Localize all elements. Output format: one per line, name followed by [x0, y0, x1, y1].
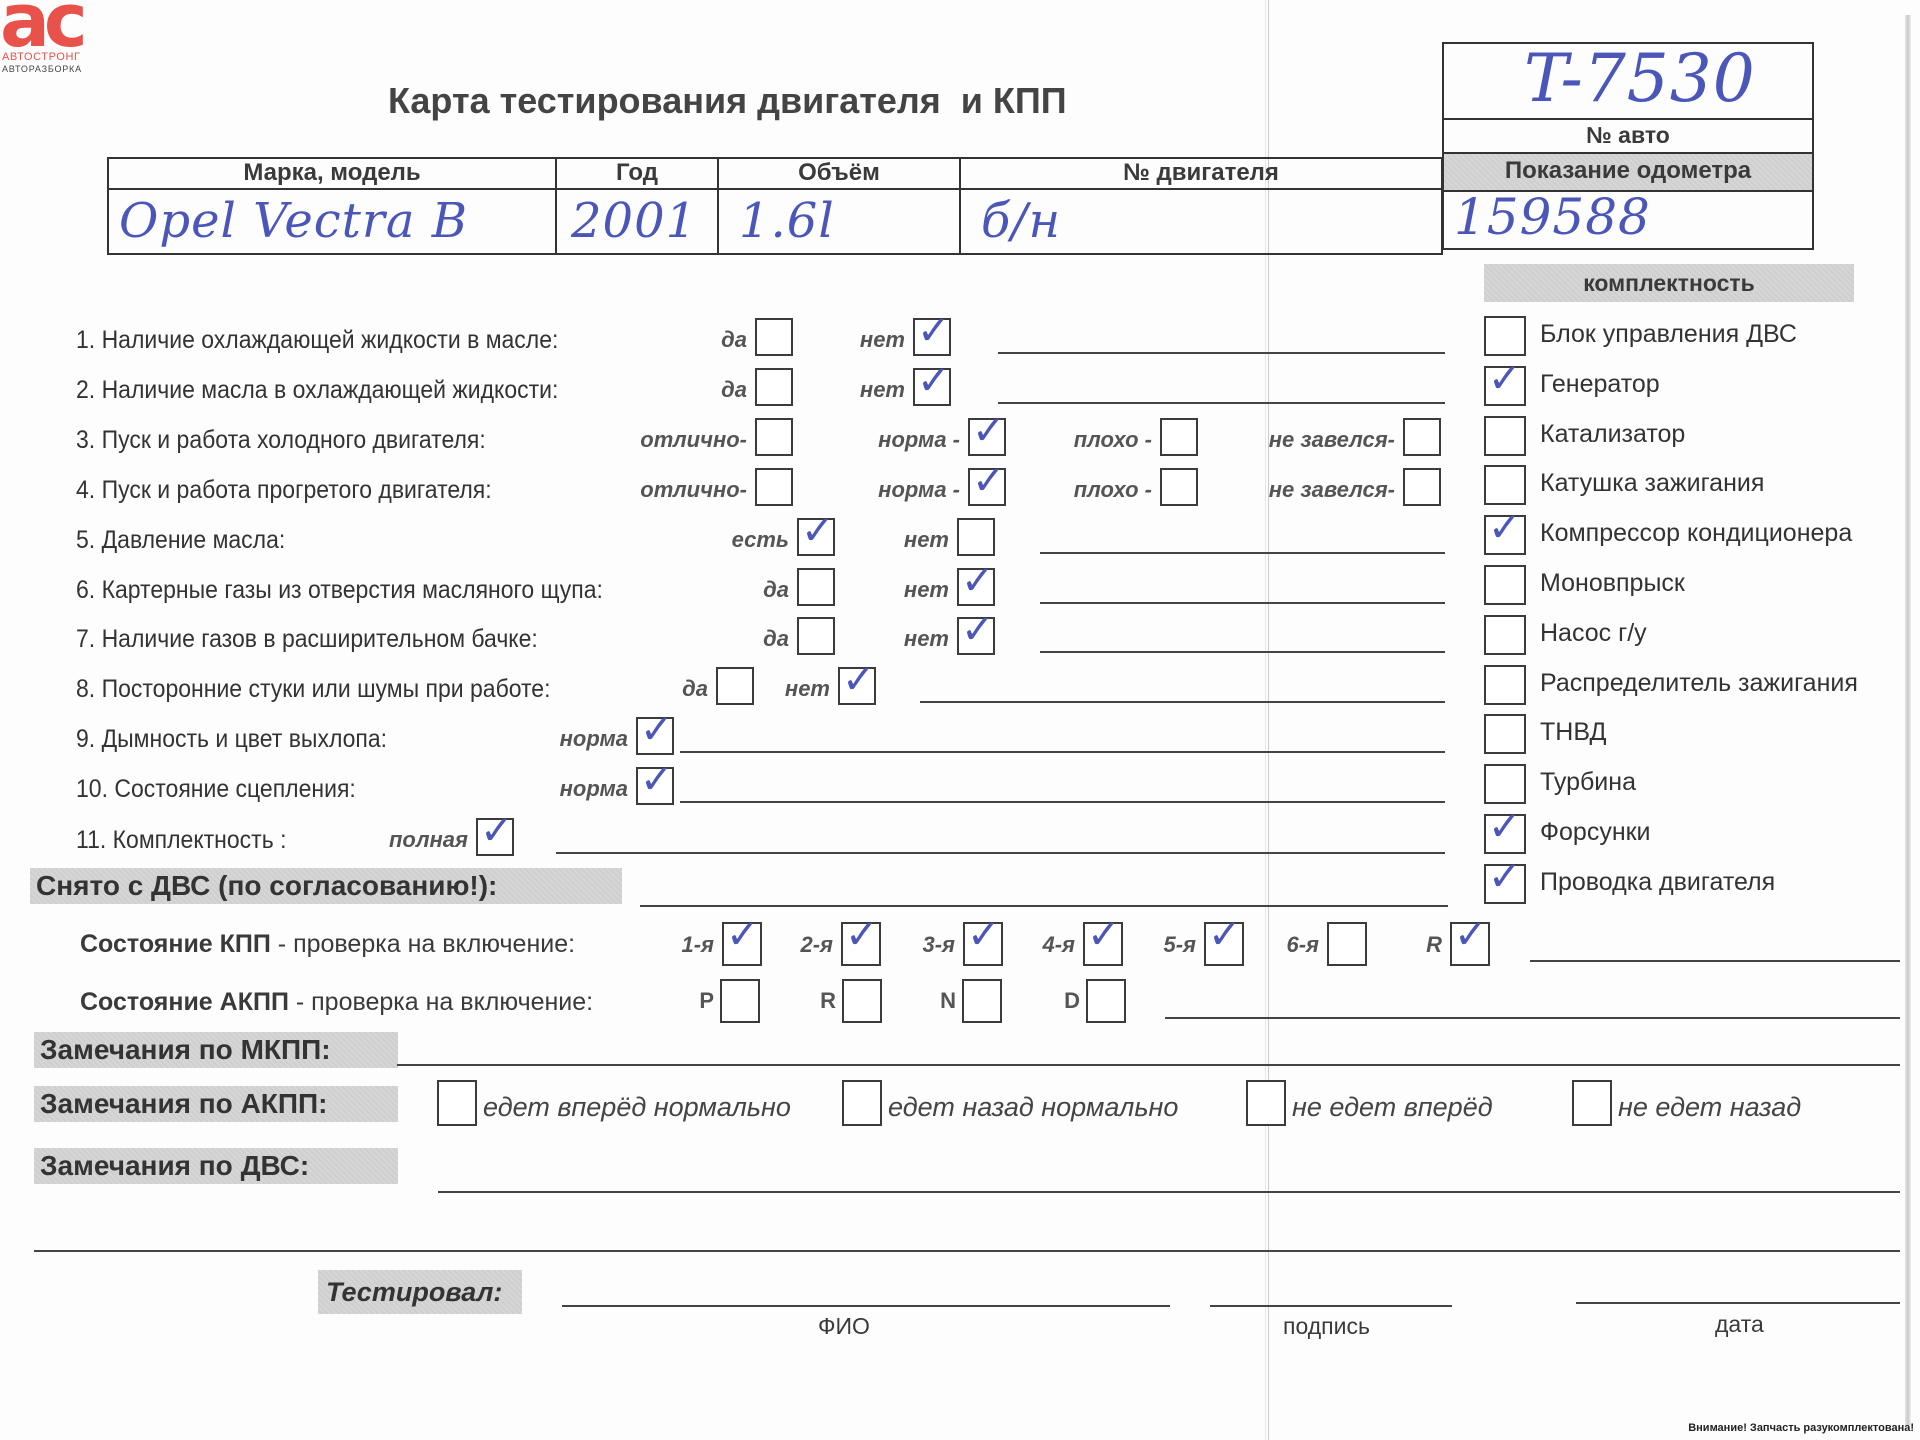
gear-label: 6-я — [1247, 932, 1319, 958]
kit-item-label: Блок управления ДВС — [1540, 320, 1797, 349]
engine-number-value[interactable]: б/н — [960, 189, 1442, 254]
option-label: норма - — [750, 477, 960, 503]
checkbox-checked[interactable] — [957, 617, 995, 655]
checklist-item-label: 4. Пуск и работа прогретого двигателя: — [76, 476, 492, 505]
column-header-year: Год — [556, 158, 718, 189]
kit-checkbox[interactable] — [1484, 764, 1526, 804]
option-label: не завелся- — [1185, 427, 1395, 453]
option-label: нет — [739, 527, 949, 553]
logo: ac АВТОСТРОНГ АВТОРАЗБОРКА — [0, 0, 110, 75]
remarks-manual-line[interactable] — [397, 1064, 1900, 1066]
vehicle-box: T-7530 № авто Показание одометра 159588 — [1442, 42, 1814, 250]
volume-value[interactable]: 1.6l — [718, 189, 960, 254]
kit-item-label: Катализатор — [1540, 420, 1685, 449]
vehicle-info-table: Марка, модель Год Объём № двигателя Opel… — [107, 157, 1443, 255]
note-line[interactable] — [1040, 651, 1445, 653]
checkbox-checked[interactable] — [913, 318, 951, 356]
kit-checkbox[interactable] — [1484, 465, 1526, 505]
auto-position-checkbox[interactable] — [842, 979, 882, 1023]
signature-caption: подпись — [1283, 1313, 1370, 1340]
odometer-header: Показание одометра — [1444, 152, 1812, 192]
checklist-item-label: 6. Картерные газы из отверстия масляного… — [76, 576, 603, 605]
checklist-item-label: 8. Посторонние стуки или шумы при работе… — [76, 675, 550, 704]
option-label: норма — [418, 726, 628, 752]
option-label: нет — [739, 577, 949, 603]
option-label: плохо - — [942, 477, 1152, 503]
column-header-model: Марка, модель — [108, 158, 556, 189]
note-line[interactable] — [1040, 552, 1445, 554]
logo-brand: АВТОСТРОНГ — [2, 51, 81, 63]
remarks-engine-label: Замечания по ДВС: — [34, 1148, 398, 1184]
auto-remark-checkbox[interactable] — [1572, 1080, 1612, 1126]
option-label: полная — [258, 827, 468, 853]
tested-by-label: Тестировал: — [318, 1270, 522, 1314]
manual-gearbox-note-line[interactable] — [1530, 960, 1900, 962]
date-line[interactable] — [1576, 1302, 1900, 1304]
gear-checkbox[interactable] — [1083, 922, 1123, 966]
kit-checkbox[interactable] — [1484, 814, 1526, 854]
auto-remark-checkbox[interactable] — [437, 1080, 477, 1126]
gear-label: 3-я — [883, 932, 955, 958]
note-line[interactable] — [998, 352, 1445, 354]
checkbox-checked[interactable] — [913, 368, 951, 406]
checklist-item-label: 11. Комплектность : — [76, 826, 286, 855]
signature-line[interactable] — [1210, 1305, 1452, 1307]
gear-checkbox[interactable] — [1204, 922, 1244, 966]
page-title: Карта тестирования двигателя и КПП — [388, 80, 1067, 122]
option-label: отлично- — [537, 477, 747, 503]
remarks-engine-line[interactable] — [438, 1191, 1900, 1193]
kit-checkbox[interactable] — [1484, 615, 1526, 655]
note-line[interactable] — [1040, 602, 1445, 604]
option-label: не завелся- — [1185, 477, 1395, 503]
auto-gearbox-label: Состояние АКПП — [80, 988, 289, 1016]
auto-remark-checkbox[interactable] — [1246, 1080, 1286, 1126]
auto-remark-checkbox[interactable] — [842, 1080, 882, 1126]
gear-label: 5-я — [1124, 932, 1196, 958]
auto-gearbox-note-line[interactable] — [1165, 1017, 1900, 1019]
checkbox-checked[interactable] — [476, 818, 514, 856]
checkbox-unchecked[interactable] — [1403, 468, 1441, 506]
auto-position-label: N — [902, 988, 956, 1014]
auto-remark-label: едет вперёд нормально — [483, 1092, 791, 1123]
note-line[interactable] — [998, 402, 1445, 404]
kit-checkbox[interactable] — [1484, 665, 1526, 705]
kit-checkbox[interactable] — [1484, 316, 1526, 356]
gear-label: 2-я — [761, 932, 833, 958]
remarks-manual-label: Замечания по МКПП: — [34, 1032, 398, 1068]
gear-checkbox[interactable] — [722, 922, 762, 966]
vehicle-number-value[interactable]: T-7530 — [1524, 40, 1756, 117]
checkbox-checked[interactable] — [957, 568, 995, 606]
odometer-label: Показание одометра — [1444, 154, 1812, 188]
auto-position-label: P — [660, 988, 714, 1014]
option-label: норма - — [750, 427, 960, 453]
manual-gearbox-label-rest: - проверка на включение: — [271, 930, 575, 958]
odometer-value[interactable]: 159588 — [1454, 188, 1651, 246]
option-label: нет — [620, 676, 830, 702]
kit-item-label: Насос г/у — [1540, 619, 1647, 648]
removed-section-label: Снято с ДВС (по согласованию!): — [30, 868, 622, 904]
auto-position-checkbox[interactable] — [720, 979, 760, 1023]
note-line[interactable] — [680, 751, 1445, 753]
kit-item-label: Катушка зажигания — [1540, 469, 1764, 498]
option-label: нет — [739, 626, 949, 652]
checkbox-unchecked[interactable] — [1403, 418, 1441, 456]
kit-checkbox[interactable] — [1484, 366, 1526, 406]
auto-position-checkbox[interactable] — [962, 979, 1002, 1023]
kit-title: комплектность — [1484, 264, 1854, 302]
gear-label: 1-я — [642, 932, 714, 958]
option-label: норма — [418, 776, 628, 802]
date-caption: дата — [1715, 1311, 1764, 1338]
auto-remark-label: не едет вперёд — [1292, 1092, 1493, 1123]
kit-checkbox[interactable] — [1484, 864, 1526, 904]
kit-item-label: Форсунки — [1540, 818, 1651, 847]
checkbox-checked[interactable] — [636, 767, 674, 805]
auto-position-label: D — [1026, 988, 1080, 1014]
page-edge — [1905, 15, 1911, 1425]
option-label: нет — [695, 377, 905, 403]
checklist-item-label: 2. Наличие масла в охлаждающей жидкости: — [76, 376, 558, 405]
kit-item-label: Моновпрыск — [1540, 569, 1685, 598]
fio-caption: ФИО — [818, 1313, 870, 1340]
model-value[interactable]: Opel Vectra B — [108, 189, 556, 254]
kit-item-label: Генератор — [1540, 370, 1660, 399]
logo-subtitle: АВТОРАЗБОРКА — [2, 64, 82, 74]
checklist-item-label: 7. Наличие газов в расширительном бачке: — [76, 625, 538, 654]
year-value[interactable]: 2001 — [556, 189, 718, 254]
option-label: нет — [695, 327, 905, 353]
option-label: отлично- — [537, 427, 747, 453]
option-label: плохо - — [942, 427, 1152, 453]
kit-checkbox[interactable] — [1484, 714, 1526, 754]
kit-checkbox[interactable] — [1484, 565, 1526, 605]
kit-item-label: Турбина — [1540, 768, 1636, 797]
tested-by-label-bg: Тестировал: — [318, 1270, 522, 1314]
checklist-item-label: 10. Состояние сцепления: — [76, 775, 356, 804]
checklist-item-label: 3. Пуск и работа холодного двигателя: — [76, 426, 486, 455]
kit-checkbox[interactable] — [1484, 416, 1526, 456]
kit-checkbox[interactable] — [1484, 515, 1526, 555]
auto-remark-label: едет назад нормально — [888, 1092, 1178, 1123]
gear-checkbox[interactable] — [841, 922, 881, 966]
gear-checkbox[interactable] — [963, 922, 1003, 966]
auto-remark-label: не едет назад — [1618, 1092, 1801, 1123]
gear-label: 4-я — [1003, 932, 1075, 958]
remarks-engine-line-2[interactable] — [34, 1250, 1900, 1252]
checkbox-unchecked[interactable] — [957, 518, 995, 556]
divider — [1444, 118, 1812, 120]
checkbox-checked[interactable] — [636, 717, 674, 755]
checkbox-checked[interactable] — [838, 667, 876, 705]
kit-header: комплектность — [1484, 264, 1854, 302]
auto-position-label: R — [782, 988, 836, 1014]
auto-gearbox-row: Состояние АКПП - проверка на включение: — [80, 988, 593, 1017]
remarks-auto-label: Замечания по АКПП: — [34, 1086, 398, 1122]
kit-item-label: Компрессор кондиционера — [1540, 519, 1852, 548]
gear-label: R — [1370, 932, 1442, 958]
note-line[interactable] — [680, 801, 1445, 803]
manual-gearbox-row: Состояние КПП - проверка на включение: — [80, 930, 575, 959]
column-header-volume: Объём — [718, 158, 960, 189]
kit-item-label: ТНВД — [1540, 718, 1606, 747]
removed-input-line[interactable] — [640, 905, 1448, 907]
note-line[interactable] — [920, 701, 1445, 703]
gear-checkbox[interactable] — [1327, 922, 1367, 966]
manual-gearbox-label: Состояние КПП — [80, 930, 271, 958]
checklist-item-label: 5. Давление масла: — [76, 526, 285, 555]
note-line[interactable] — [556, 852, 1445, 854]
gear-checkbox[interactable] — [1450, 922, 1490, 966]
column-header-engine-number: № двигателя — [960, 158, 1442, 189]
auto-position-checkbox[interactable] — [1086, 979, 1126, 1023]
footer-warning: Внимание! Запчасть разукомплектована! — [1688, 1422, 1914, 1434]
kit-item-label: Проводка двигателя — [1540, 868, 1775, 897]
fio-line[interactable] — [562, 1305, 1170, 1307]
auto-gearbox-label-rest: - проверка на включение: — [289, 988, 593, 1016]
kit-item-label: Распределитель зажигания — [1540, 669, 1858, 698]
checklist-item-label: 1. Наличие охлаждающей жидкости в масле: — [76, 326, 558, 355]
vehicle-number-label: № авто — [1444, 122, 1812, 149]
checklist-item-label: 9. Дымность и цвет выхлопа: — [76, 725, 387, 754]
